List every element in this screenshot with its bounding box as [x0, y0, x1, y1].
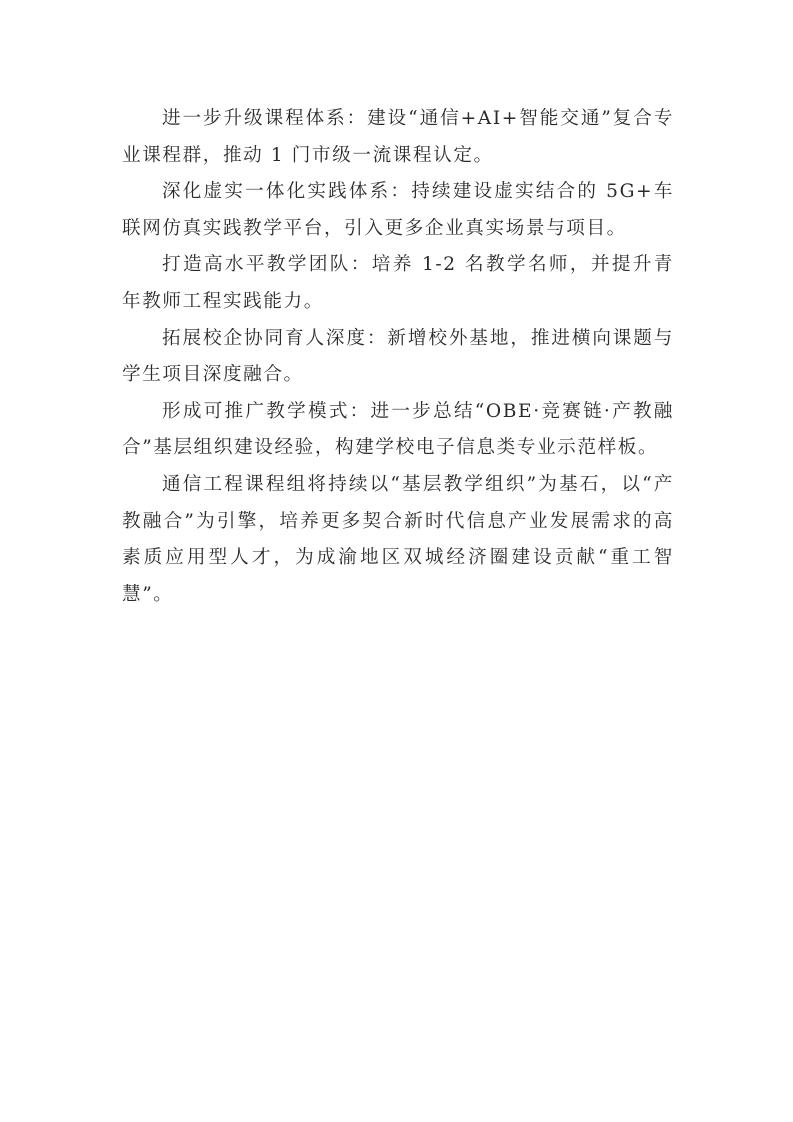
document-body: 进一步升级课程体系：建设“通信+AI+智能交通”复合专业课程群，推动 1 门市级… [122, 101, 674, 613]
paragraph-teaching-model: 形成可推广教学模式：进一步总结“OBE·竞赛链·产教融合”基层组织建设经验，构建… [122, 394, 674, 467]
paragraph-school-enterprise: 拓展校企协同育人深度：新增校外基地，推进横向课题与学生项目深度融合。 [122, 321, 674, 394]
paragraph-curriculum-upgrade: 进一步升级课程体系：建设“通信+AI+智能交通”复合专业课程群，推动 1 门市级… [122, 101, 674, 174]
paragraph-teaching-team: 打造高水平教学团队：培养 1-2 名教学名师，并提升青年教师工程实践能力。 [122, 247, 674, 320]
paragraph-practice-system: 深化虚实一体化实践体系：持续建设虚实结合的 5G+车联网仿真实践教学平台，引入更… [122, 174, 674, 247]
paragraph-conclusion: 通信工程课程组将持续以“基层教学组织”为基石，以“产教融合”为引擎，培养更多契合… [122, 467, 674, 613]
